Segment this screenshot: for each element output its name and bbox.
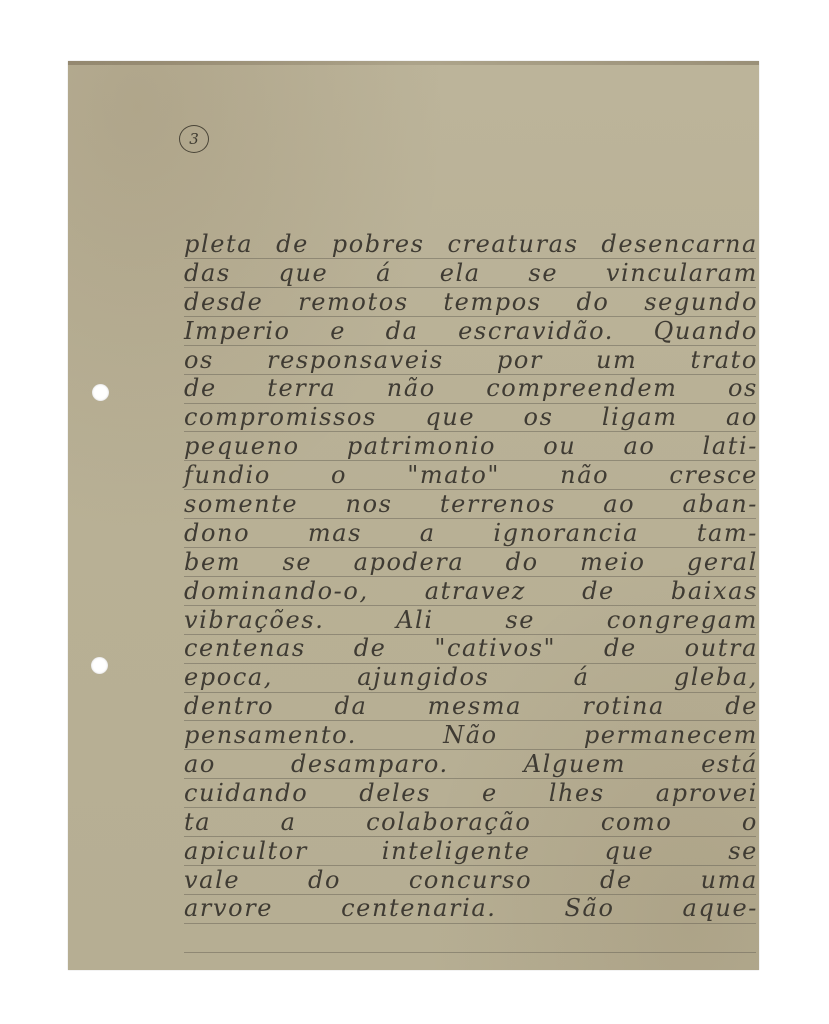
manuscript-word: creaturas — [447, 230, 578, 259]
manuscript-word: Quando — [654, 317, 758, 346]
manuscript-word: desde — [184, 288, 263, 317]
manuscript-word: mas — [308, 519, 362, 548]
manuscript-word: do — [506, 548, 539, 577]
manuscript-word: inteligente — [382, 837, 531, 866]
manuscript-word: a — [281, 808, 297, 837]
manuscript-line: dasqueáelasevincularam — [184, 259, 764, 288]
manuscript-word: do — [308, 866, 341, 895]
manuscript-line: arvorecentenaria.Sãoaque- — [184, 894, 764, 923]
manuscript-word: aprovei — [656, 779, 758, 808]
manuscript-word: se — [283, 548, 313, 577]
manuscript-word: pobres — [332, 230, 425, 259]
manuscript-word: compreendem — [486, 374, 677, 403]
manuscript-line: deterranãocompreendemos — [184, 374, 764, 403]
manuscript-word: da — [335, 692, 368, 721]
manuscript-word: que — [605, 837, 655, 866]
manuscript-word: não — [387, 374, 436, 403]
manuscript-word: ignorancia — [493, 519, 639, 548]
manuscript-word: compromissos — [184, 403, 377, 432]
manuscript-word: nos — [346, 490, 393, 519]
punch-hole-top — [92, 384, 109, 401]
manuscript-word: fundio — [184, 461, 271, 490]
handwritten-text: pletadepobrescreaturasdesencarnadasqueáe… — [184, 230, 764, 923]
manuscript-word: ou — [543, 432, 576, 461]
manuscript-word: meio — [580, 548, 646, 577]
manuscript-word: vibrações. — [184, 606, 324, 635]
manuscript-word: um — [596, 346, 637, 375]
manuscript-word: Imperio — [184, 317, 291, 346]
manuscript-word: rotina — [582, 692, 665, 721]
manuscript-word: responsaveis — [267, 346, 444, 375]
manuscript-word: de — [600, 866, 633, 895]
manuscript-word: das — [184, 259, 231, 288]
manuscript-line: bemseapoderadomeiogeral — [184, 548, 764, 577]
manuscript-word: pensamento. — [184, 721, 357, 750]
manuscript-word: pequeno — [184, 432, 300, 461]
manuscript-word: vincularam — [606, 259, 758, 288]
manuscript-word: baixas — [671, 577, 758, 606]
manuscript-word: ela — [440, 259, 481, 288]
manuscript-word: os — [728, 374, 758, 403]
manuscript-word: como — [601, 808, 673, 837]
manuscript-word: não — [560, 461, 609, 490]
manuscript-line: vibrações.Alisecongregam — [184, 606, 764, 635]
manuscript-word: patrimonio — [347, 432, 496, 461]
manuscript-word: "mato" — [407, 461, 500, 490]
manuscript-line: compromissosqueosligamao — [184, 403, 764, 432]
manuscript-word: Alguem — [524, 750, 626, 779]
manuscript-word: atravez — [425, 577, 526, 606]
manuscript-word: cuidando — [184, 779, 308, 808]
manuscript-word: dono — [184, 519, 250, 548]
manuscript-word: ao — [603, 490, 635, 519]
manuscript-word: se — [728, 837, 758, 866]
manuscript-word: dominando-o, — [184, 577, 369, 606]
manuscript-word: concurso — [409, 866, 532, 895]
manuscript-word: geral — [687, 548, 758, 577]
manuscript-word: o — [331, 461, 347, 490]
manuscript-word: se — [528, 259, 558, 288]
manuscript-word: outra — [685, 634, 758, 663]
manuscript-word: escravidão. — [458, 317, 614, 346]
manuscript-word: São — [565, 894, 615, 923]
manuscript-word: desamparo. — [291, 750, 449, 779]
manuscript-word: lati- — [703, 432, 758, 461]
manuscript-word: os — [524, 403, 554, 432]
manuscript-word: de — [276, 230, 309, 259]
manuscript-word: ligam — [602, 403, 678, 432]
manuscript-word: do — [576, 288, 609, 317]
manuscript-word: centenas — [184, 634, 306, 663]
manuscript-word: de — [582, 577, 615, 606]
manuscript-line: pletadepobrescreaturasdesencarna — [184, 230, 764, 259]
manuscript-line: dentrodamesmarotinade — [184, 692, 764, 721]
manuscript-word: "cativos" — [434, 634, 556, 663]
manuscript-word: apodera — [354, 548, 465, 577]
manuscript-word: de — [604, 634, 637, 663]
manuscript-line: donomasaignoranciatam- — [184, 519, 764, 548]
manuscript-word: congregam — [607, 606, 758, 635]
manuscript-word: desencarna — [601, 230, 758, 259]
manuscript-word: Não — [443, 721, 498, 750]
manuscript-line: taacolaboraçãocomoo — [184, 808, 764, 837]
manuscript-word: á — [376, 259, 392, 288]
manuscript-word: mesma — [428, 692, 522, 721]
manuscript-word: arvore — [184, 894, 273, 923]
manuscript-line: cuidandodeleselhesaprovei — [184, 779, 764, 808]
manuscript-word: que — [425, 403, 475, 432]
manuscript-line: valedoconcursodeuma — [184, 866, 764, 895]
manuscript-word: vale — [184, 866, 240, 895]
manuscript-word: ao — [623, 432, 655, 461]
manuscript-word: terra — [267, 374, 336, 403]
manuscript-word: colaboração — [366, 808, 531, 837]
manuscript-word: ao — [726, 403, 758, 432]
manuscript-word: permanecem — [584, 721, 758, 750]
manuscript-line: aodesamparo.Alguemestá — [184, 750, 764, 779]
manuscript-word: somente — [184, 490, 298, 519]
manuscript-word: segundo — [644, 288, 758, 317]
manuscript-line: dominando-o,atravezdebaixas — [184, 577, 764, 606]
manuscript-word: e — [330, 317, 346, 346]
manuscript-word: epoca, — [184, 663, 273, 692]
manuscript-word: que — [279, 259, 329, 288]
manuscript-word: á — [574, 663, 590, 692]
manuscript-line: pensamento.Nãopermanecem — [184, 721, 764, 750]
manuscript-line: centenasde"cativos"deoutra — [184, 634, 764, 663]
manuscript-word: dentro — [184, 692, 274, 721]
manuscript-word: de — [184, 374, 217, 403]
punch-hole-bottom — [91, 657, 108, 674]
manuscript-line: apicultorinteligentequese — [184, 837, 764, 866]
manuscript-word: centenaria. — [341, 894, 496, 923]
manuscript-word: tam- — [697, 519, 758, 548]
manuscript-word: e — [482, 779, 498, 808]
manuscript-word: deles — [359, 779, 431, 808]
manuscript-line: desderemotostemposdosegundo — [184, 288, 764, 317]
manuscript-word: está — [701, 750, 758, 779]
manuscript-word: pleta — [184, 230, 253, 259]
manuscript-word: aque- — [683, 894, 758, 923]
manuscript-line: Imperioedaescravidão.Quando — [184, 317, 764, 346]
manuscript-line: somentenosterrenosaoaban- — [184, 490, 764, 519]
manuscript-word: o — [742, 808, 758, 837]
manuscript-word: da — [386, 317, 419, 346]
ruled-line — [184, 952, 756, 953]
manuscript-word: aban- — [682, 490, 758, 519]
manuscript-word: remotos — [298, 288, 409, 317]
manuscript-word: bem — [184, 548, 241, 577]
manuscript-word: se — [505, 606, 535, 635]
manuscript-line: osresponsaveisporumtrato — [184, 346, 764, 375]
manuscript-word: trato — [690, 346, 758, 375]
manuscript-word: os — [184, 346, 214, 375]
manuscript-word: lhes — [549, 779, 605, 808]
manuscript-word: terrenos — [440, 490, 556, 519]
manuscript-line: epoca,ajungidoságleba, — [184, 663, 764, 692]
manuscript-line: fundioo"mato"nãocresce — [184, 461, 764, 490]
manuscript-word: ao — [184, 750, 216, 779]
manuscript-word: de — [354, 634, 387, 663]
manuscript-word: a — [420, 519, 436, 548]
manuscript-word: ta — [184, 808, 211, 837]
manuscript-word: de — [725, 692, 758, 721]
manuscript-word: apicultor — [184, 837, 308, 866]
manuscript-word: tempos — [443, 288, 541, 317]
manuscript-page: 3 pletadepobrescreaturasdesencarnadasque… — [68, 61, 759, 970]
manuscript-word: ajungidos — [357, 663, 489, 692]
manuscript-word: uma — [701, 866, 758, 895]
manuscript-word: cresce — [669, 461, 758, 490]
manuscript-line: pequenopatrimonioouaolati- — [184, 432, 764, 461]
manuscript-word: por — [497, 346, 543, 375]
manuscript-word: Ali — [396, 606, 433, 635]
manuscript-word: gleba, — [674, 663, 758, 692]
